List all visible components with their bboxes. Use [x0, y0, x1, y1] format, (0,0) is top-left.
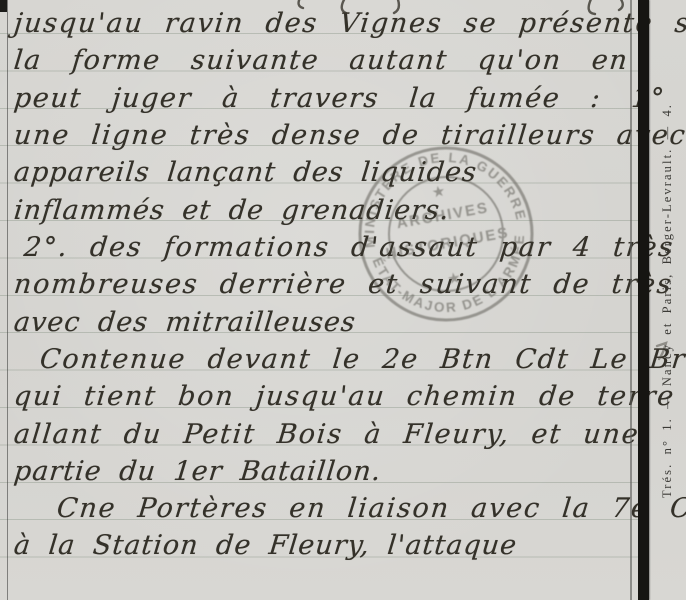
handwriting-line-7: 2°. des formations d'assaut par 4 très: [22, 229, 676, 267]
handwriting-line-15: à la Station de Fleury, l'attaque: [12, 527, 519, 565]
handwriting-line-8: nombreuses derrière et suivant de très p…: [12, 266, 686, 304]
binding-bar: [638, 0, 649, 600]
handwriting-line-6: inflammés et de grenadiers.: [12, 192, 452, 230]
right-margin-rule: [630, 0, 632, 600]
printer-imprint-text: Trés. n° 1. — Nancy et Paris, Berger-Lev…: [660, 102, 675, 497]
scan-corner-mark: [0, 0, 7, 12]
handwriting-line-1: jusqu'au ravin des Vignes se présente so…: [12, 5, 686, 43]
printer-imprint-margin: Trés. n° 1. — Nancy et Paris, Berger-Lev…: [649, 0, 686, 600]
left-margin-rule: [7, 0, 8, 600]
handwriting-line-14: Cne Portères en liaison avec la 7e Cie: [55, 490, 686, 528]
handwriting-line-12: allant du Petit Bois à Fleury, et une: [12, 416, 641, 454]
handwriting-line-10: Contenue devant le 2e Btn Cdt Le Brun: [38, 341, 686, 379]
handwriting-line-5: appareils lançant des liquides: [12, 154, 479, 192]
handwriting-line-4: une ligne très dense de tirailleurs avec: [12, 117, 686, 155]
handwriting-line-13: partie du 1er Bataillon.: [12, 453, 383, 491]
scanned-war-diary-page: MINISTÈRE DE LA GUERRE ÉTAT-MAJOR DE L'A…: [0, 0, 686, 600]
handwriting-line-11: qui tient bon jusqu'au chemin de terre: [12, 378, 677, 416]
handwriting-line-2: la forme suivante autant qu'on en: [12, 42, 630, 80]
handwriting-line-3: peut juger à travers la fumée : 1°: [12, 80, 667, 118]
handwriting-line-9: avec des mitrailleuses: [12, 304, 358, 342]
